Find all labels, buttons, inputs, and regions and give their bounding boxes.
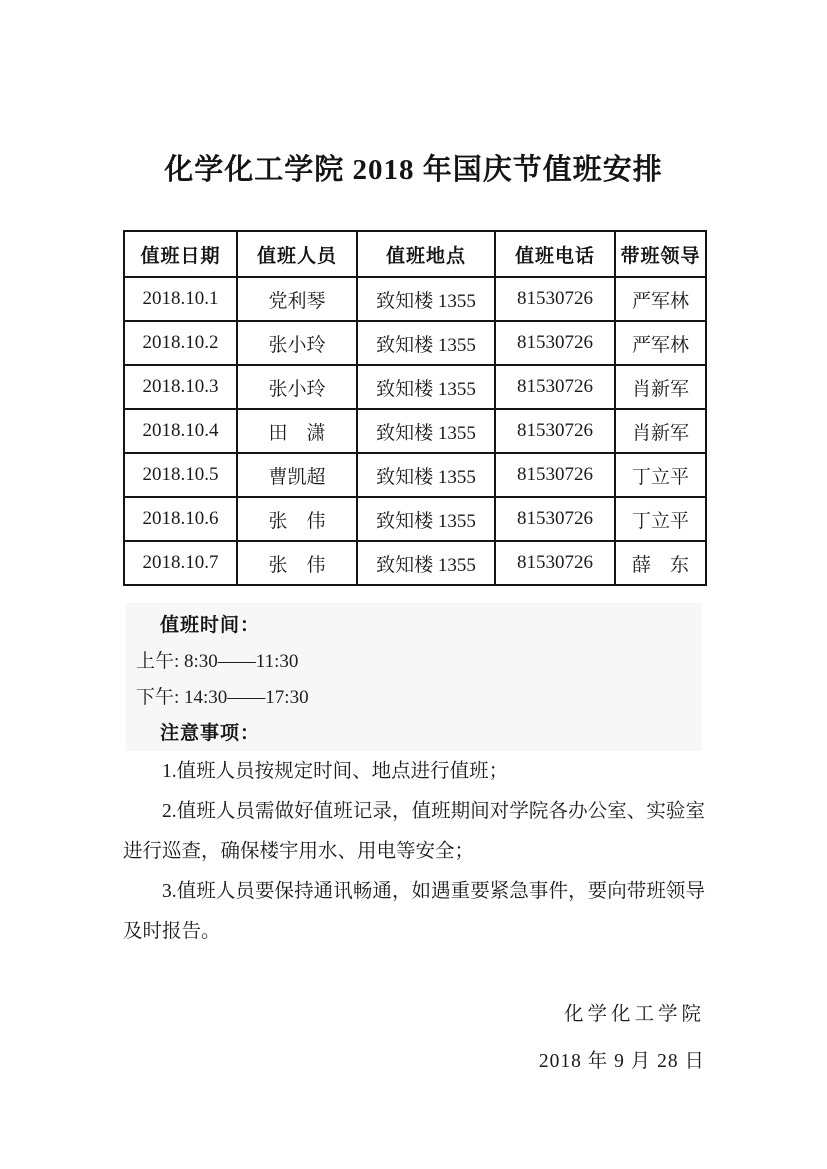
cell-duty-date: 2018.10.3 — [124, 365, 237, 409]
cell-duty-date: 2018.10.2 — [124, 321, 237, 365]
table-header-cell: 值班地点 — [357, 231, 495, 277]
signature-date: 2018 年 9 月 28 日 — [539, 1045, 705, 1073]
cell-duty-date: 2018.10.6 — [124, 497, 237, 541]
note-item-3: 3.值班人员要保持通讯畅通，如遇重要紧急事件，要向带班领导及时报告。 — [123, 872, 705, 952]
cell-duty-leader: 严军林 — [615, 277, 706, 321]
cell-duty-person: 张小玲 — [237, 365, 357, 409]
cell-duty-leader: 肖新军 — [615, 409, 706, 453]
note-item-2: 2.值班人员需做好值班记录，值班期间对学院各办公室、实验室进行巡查，确保楼宇用水… — [123, 792, 705, 872]
table-header-cell: 带班领导 — [615, 231, 706, 277]
duty-schedule-table: 值班日期 值班人员 值班地点 值班电话 带班领导 2018.10.1 党利琴 致… — [123, 230, 707, 586]
table-row: 2018.10.2 张小玲 致知楼 1355 81530726 严军林 — [124, 321, 706, 365]
table-row: 2018.10.7 张 伟 致知楼 1355 81530726 薛 东 — [124, 541, 706, 585]
cell-duty-leader: 薛 东 — [615, 541, 706, 585]
cell-duty-phone: 81530726 — [495, 541, 615, 585]
table-row: 2018.10.4 田 潇 致知楼 1355 81530726 肖新军 — [124, 409, 706, 453]
cell-duty-location: 致知楼 1355 — [357, 497, 495, 541]
table-header-cell: 值班电话 — [495, 231, 615, 277]
signature-org: 化学化工学院 — [539, 998, 705, 1026]
document-title: 化学化工学院 2018 年国庆节值班安排 — [0, 147, 827, 188]
cell-duty-phone: 81530726 — [495, 409, 615, 453]
cell-duty-date: 2018.10.1 — [124, 277, 237, 321]
cell-duty-person: 张 伟 — [237, 541, 357, 585]
cell-duty-phone: 81530726 — [495, 453, 615, 497]
cell-duty-phone: 81530726 — [495, 497, 615, 541]
duty-time-heading: 值班时间： — [126, 608, 702, 644]
table-header-cell: 值班人员 — [237, 231, 357, 277]
cell-duty-date: 2018.10.4 — [124, 409, 237, 453]
table-row: 2018.10.5 曹凯超 致知楼 1355 81530726 丁立平 — [124, 453, 706, 497]
cell-duty-leader: 严军林 — [615, 321, 706, 365]
cell-duty-location: 致知楼 1355 — [357, 321, 495, 365]
table-row: 2018.10.1 党利琴 致知楼 1355 81530726 严军林 — [124, 277, 706, 321]
cell-duty-phone: 81530726 — [495, 365, 615, 409]
cell-duty-date: 2018.10.5 — [124, 453, 237, 497]
cell-duty-location: 致知楼 1355 — [357, 277, 495, 321]
cell-duty-phone: 81530726 — [495, 277, 615, 321]
document-page: 化学化工学院 2018 年国庆节值班安排 值班日期 值班人员 值班地点 值班电话 — [0, 0, 827, 1169]
cell-duty-person: 田 潇 — [237, 409, 357, 453]
notes-heading: 注意事项： — [126, 716, 702, 752]
table-row: 2018.10.3 张小玲 致知楼 1355 81530726 肖新军 — [124, 365, 706, 409]
signature-block: 化学化工学院 2018 年 9 月 28 日 — [539, 998, 705, 1073]
table-row: 2018.10.6 张 伟 致知楼 1355 81530726 丁立平 — [124, 497, 706, 541]
duty-time-morning: 上午: 8:30——11:30 — [126, 644, 702, 680]
cell-duty-phone: 81530726 — [495, 321, 615, 365]
duty-time-afternoon: 下午: 14:30——17:30 — [126, 680, 702, 716]
table-header-row: 值班日期 值班人员 值班地点 值班电话 带班领导 — [124, 231, 706, 277]
cell-duty-person: 张小玲 — [237, 321, 357, 365]
cell-duty-leader: 肖新军 — [615, 365, 706, 409]
duty-time-section: 值班时间： 上午: 8:30——11:30 下午: 14:30——17:30 注… — [126, 603, 702, 751]
table-body: 2018.10.1 党利琴 致知楼 1355 81530726 严军林 2018… — [124, 277, 706, 585]
cell-duty-leader: 丁立平 — [615, 453, 706, 497]
cell-duty-person: 党利琴 — [237, 277, 357, 321]
cell-duty-location: 致知楼 1355 — [357, 541, 495, 585]
cell-duty-person: 曹凯超 — [237, 453, 357, 497]
cell-duty-location: 致知楼 1355 — [357, 409, 495, 453]
cell-duty-location: 致知楼 1355 — [357, 365, 495, 409]
cell-duty-location: 致知楼 1355 — [357, 453, 495, 497]
cell-duty-person: 张 伟 — [237, 497, 357, 541]
notes-list: 1.值班人员按规定时间、地点进行值班； 2.值班人员需做好值班记录，值班期间对学… — [123, 752, 705, 952]
table-header-cell: 值班日期 — [124, 231, 237, 277]
note-item-1: 1.值班人员按规定时间、地点进行值班； — [123, 752, 705, 792]
table-header: 值班日期 值班人员 值班地点 值班电话 带班领导 — [124, 231, 706, 277]
cell-duty-leader: 丁立平 — [615, 497, 706, 541]
cell-duty-date: 2018.10.7 — [124, 541, 237, 585]
